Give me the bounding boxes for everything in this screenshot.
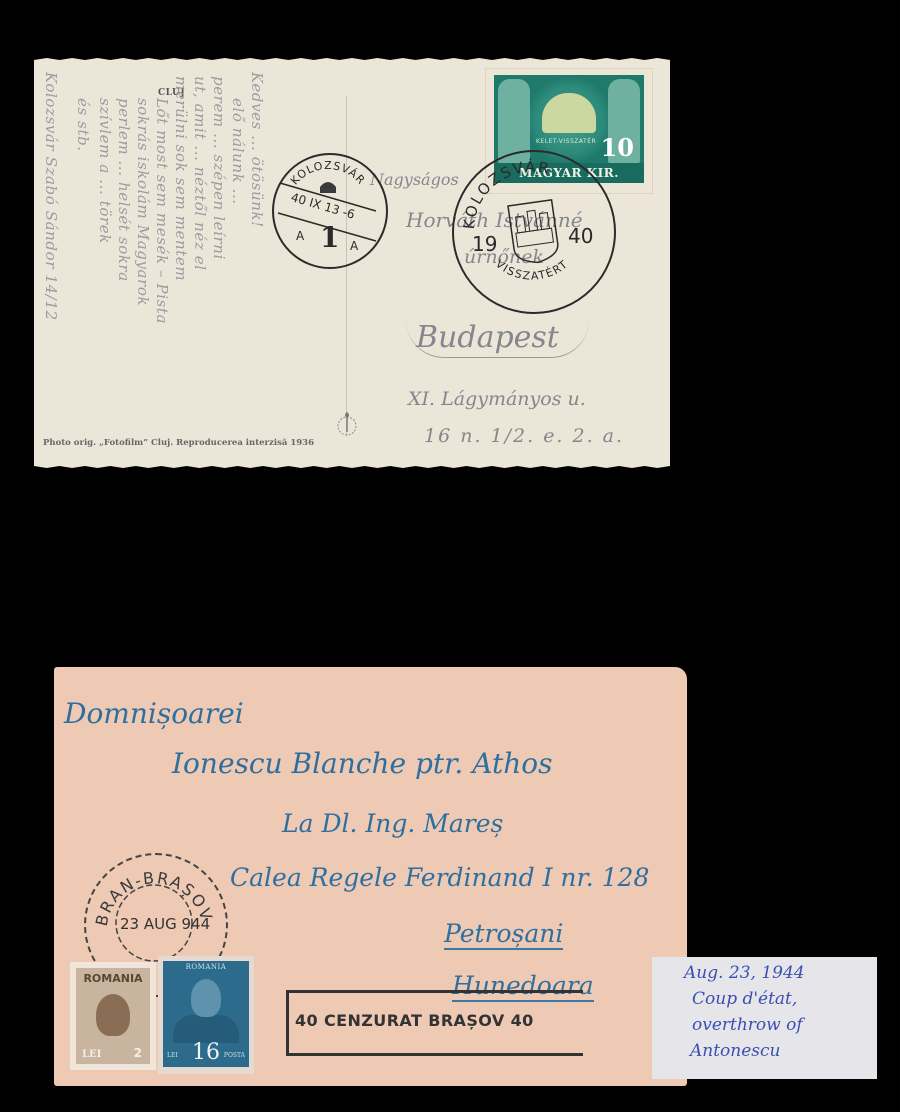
stamp-currency: LEI <box>82 1049 101 1060</box>
message-line: perem ... szépen leírni <box>210 76 228 260</box>
postmark-year-left: 19 <box>472 232 497 256</box>
postmark-date: 23 AUG 944 <box>120 915 210 933</box>
address-number: 16 n. 1/2. e. 2. a. <box>424 425 624 447</box>
postmark-letter: A <box>350 239 358 253</box>
envelope-street: Calea Regele Ferdinand I nr. 128 <box>230 863 649 892</box>
message-line: sokrás iskolám Magyarok <box>134 98 152 306</box>
postmark-letter: A <box>296 229 304 243</box>
censor-text: 40 CENZURAT BRAȘOV 40 <box>295 1011 534 1030</box>
uniform-icon <box>173 1015 239 1043</box>
envelope: Domnișoarei Ionescu Blanche ptr. Athos L… <box>54 667 687 1086</box>
stamp-value: 2 <box>134 1046 142 1060</box>
message-line: merülni sok sem mentem <box>172 76 190 281</box>
romania-16-lei-stamp: ROMANIA LEI 16 POSTA <box>158 956 254 1074</box>
message-line: Lőt most sem mesék – Pista <box>153 98 171 324</box>
crown-icon <box>320 182 336 193</box>
envelope-recipient: Ionescu Blanche ptr. Athos <box>172 747 552 780</box>
stamp-country: ROMANIA <box>76 972 150 985</box>
address-street: XI. Lágymányos u. <box>408 388 586 410</box>
stamp-country: ROMANIA <box>163 963 249 971</box>
postmark-number: 1 <box>320 221 339 254</box>
romania-2-lei-stamp: ROMANIA LEI 2 <box>70 962 156 1070</box>
message-line: Kedves ... ötösünk! <box>248 72 266 228</box>
note-line: Aug. 23, 1944 <box>684 963 805 983</box>
envelope-care-of: La Dl. Ing. Mareș <box>282 809 503 838</box>
note-line: overthrow of <box>692 1015 803 1035</box>
note-line: Antonescu <box>690 1041 781 1061</box>
kolozsvar-postmark: KOLOZSVÁR 40 IX 13 -6 1 A A <box>272 153 388 269</box>
message-line: ut, amit ... néztől néz el <box>191 76 209 271</box>
postmark-year-right: 40 <box>568 224 593 248</box>
envelope-city: Petroșani <box>444 919 563 950</box>
photo-credit: Photo orig. „Fotofilm” Cluj. Reproducere… <box>43 438 314 448</box>
stamp-motto: KELET-VISSZATÉR <box>536 138 596 145</box>
commemorative-postmark: KOLOZSVÁR VISSZATÉRT 19 40 <box>452 150 616 314</box>
address-city: Budapest <box>406 320 589 358</box>
message-line: és stb. <box>74 98 92 152</box>
castle-coat-of-arms-icon <box>508 200 560 266</box>
postcard: CLUJ Kedves ... ötösünk! elő nálunk ... … <box>34 58 670 468</box>
message-line: perlem ... helsét sokra <box>115 98 133 282</box>
message-line: szívlem a ... törek <box>96 98 114 244</box>
stamp-label: POSTA <box>224 1052 245 1059</box>
message-line: Kolozsvár Szabó Sándor 14/12 <box>42 72 60 321</box>
annotation-note: Aug. 23, 1944 Coup d'état, overthrow of … <box>652 957 877 1079</box>
king-portrait-icon <box>191 979 221 1017</box>
message-line: elő nálunk ... <box>229 98 247 205</box>
envelope-salutation: Domnișoarei <box>64 697 244 730</box>
fotofilm-logo-icon <box>336 410 358 438</box>
king-portrait-icon <box>96 994 130 1036</box>
censor-mark: 40 CENZURAT BRAȘOV 40 <box>286 990 583 1056</box>
note-line: Coup d'état, <box>692 989 797 1009</box>
svg-text:KOLOZSVÁR: KOLOZSVÁR <box>460 157 553 230</box>
